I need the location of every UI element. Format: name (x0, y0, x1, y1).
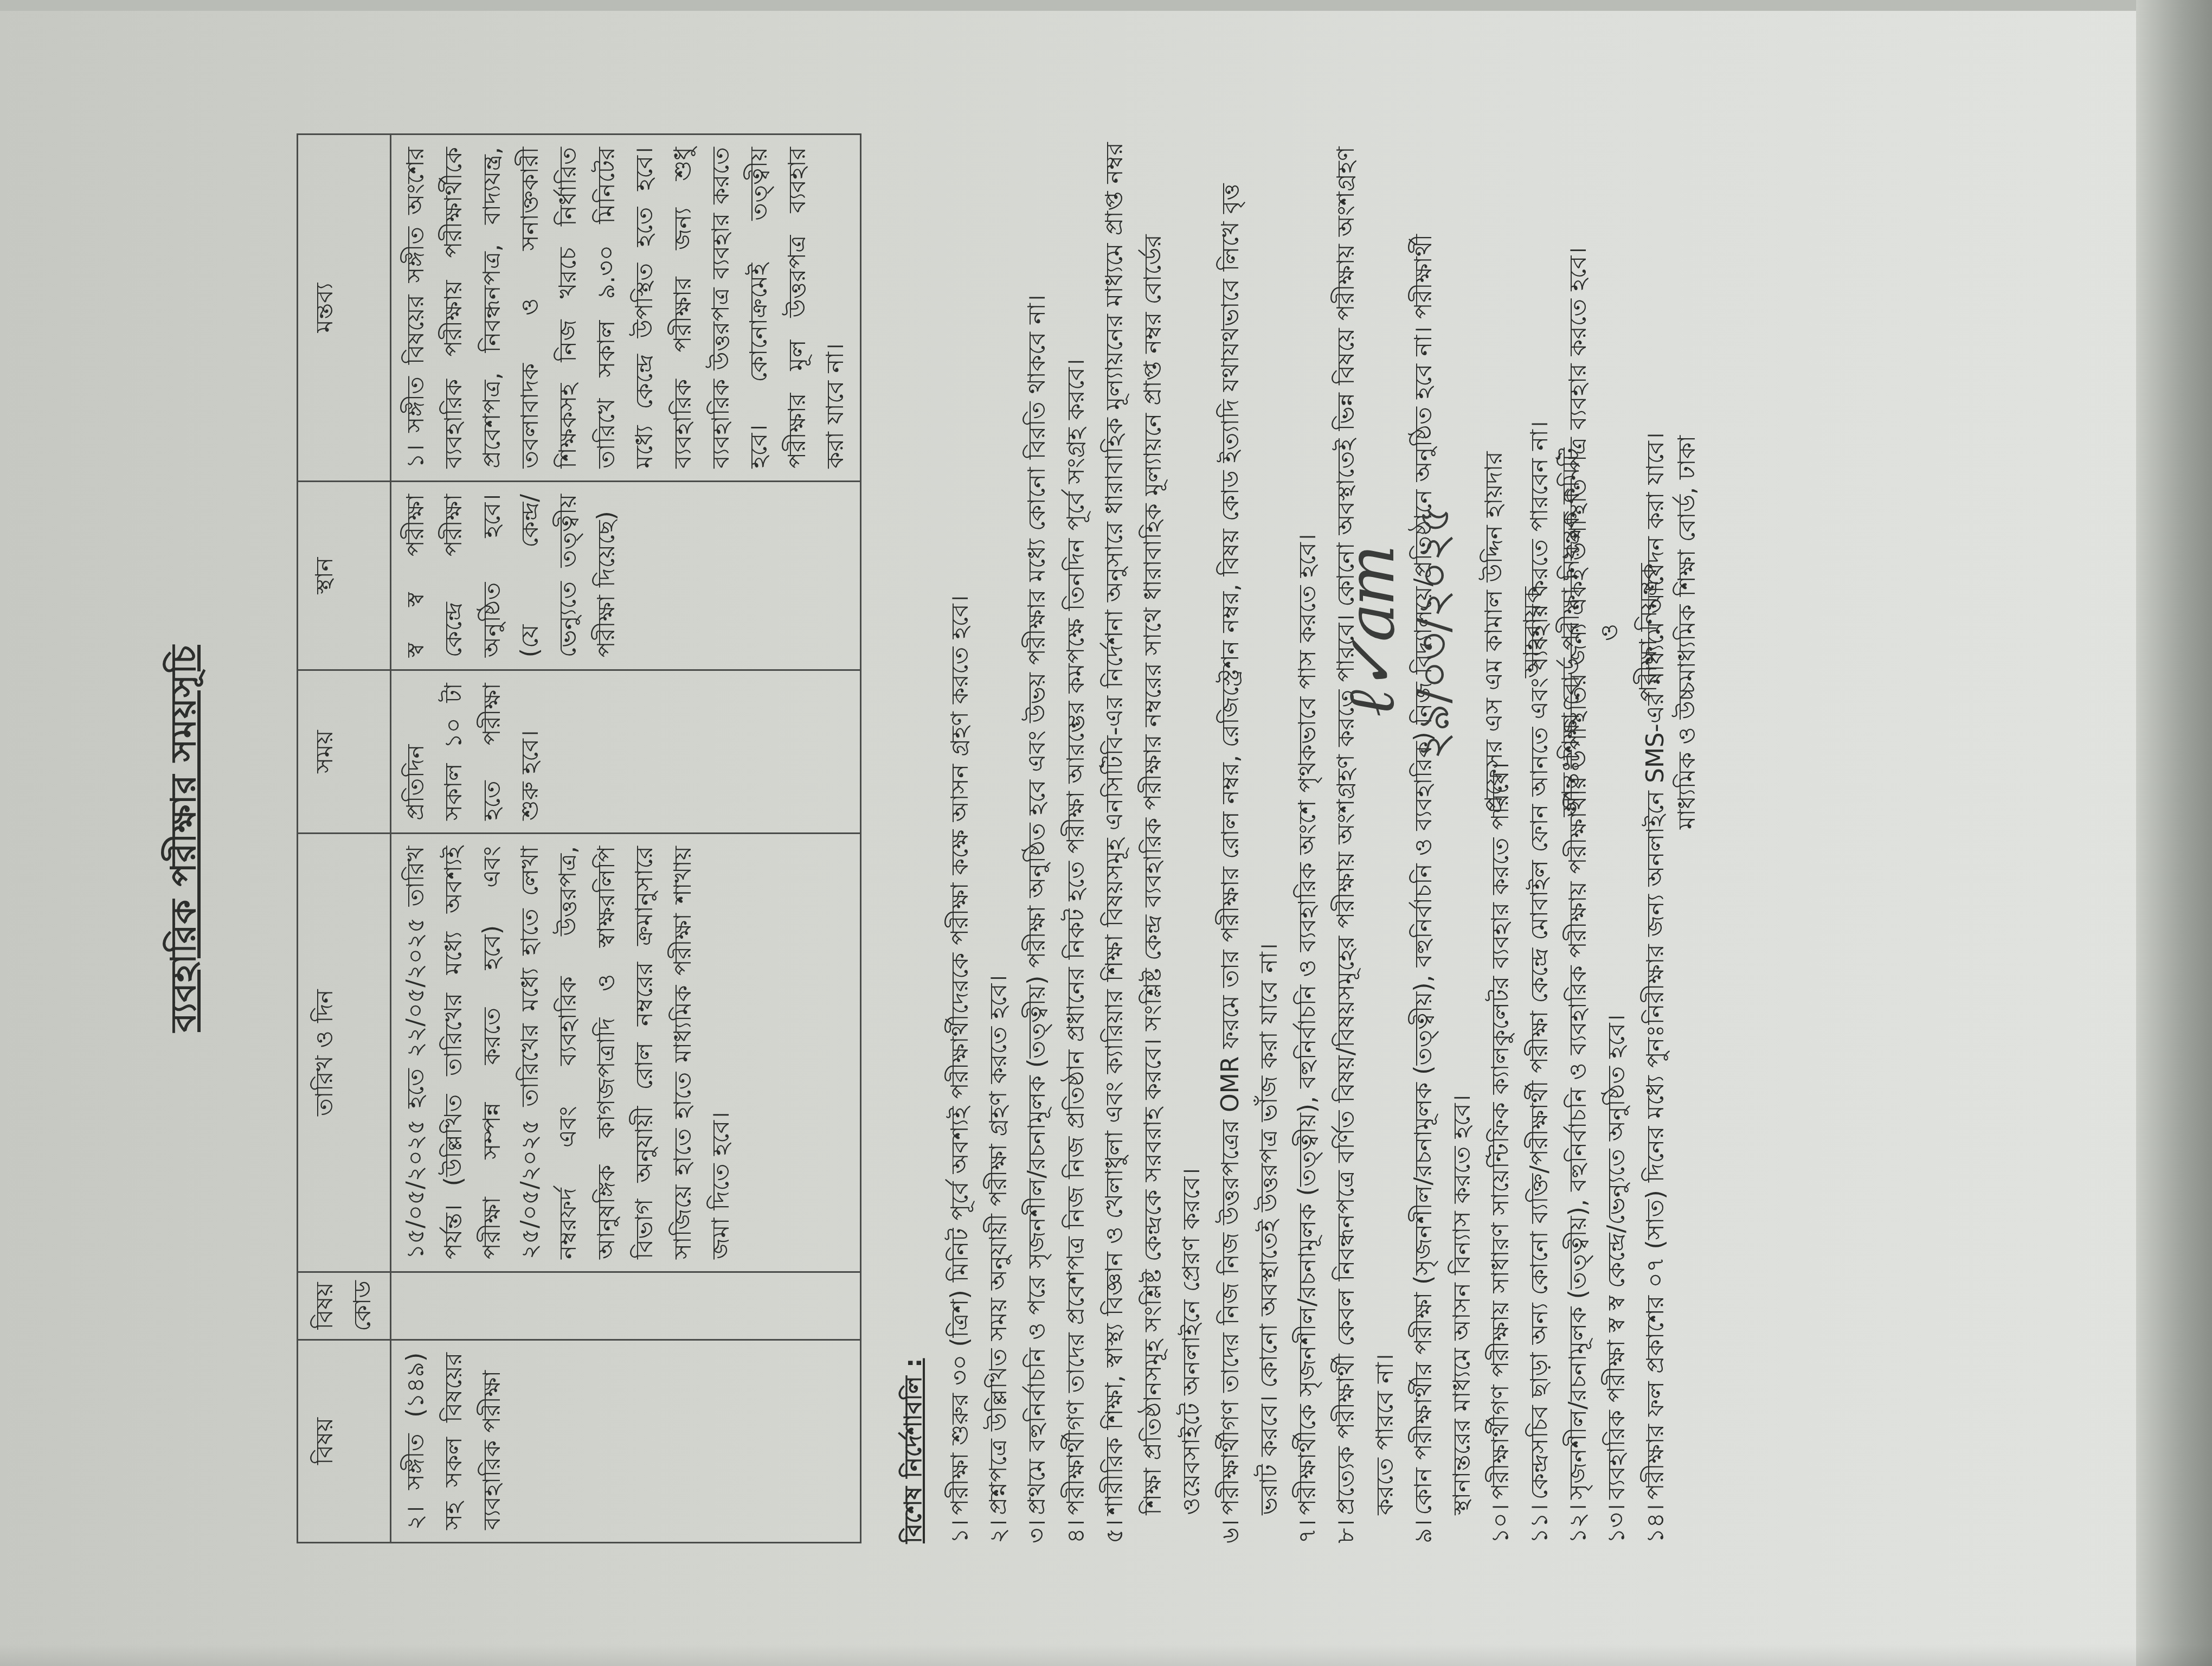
col-header-venue: স্থান (298, 481, 391, 670)
col-header-remarks: মন্তব্য (298, 134, 391, 482)
instruction-number: ৩। (1018, 1520, 1056, 1543)
instruction-number: ৪। (1057, 1520, 1095, 1543)
instruction-text: পরীক্ষা শুরুর ৩০ (ত্রিশ) মিনিট পূর্বে অব… (941, 133, 979, 1515)
col-header-subject: বিষয় (298, 1340, 391, 1542)
cell-remarks: ১। সঙ্গীত বিষয়ের সঙ্গীত অংশের ব্যবহারিক… (390, 134, 861, 482)
instruction-item: ৩।প্রথমে বহুনির্বাচনি ও পরে সৃজনশীল/রচনা… (1018, 133, 1056, 1543)
instruction-item: ৬।পরীক্ষার্থীগণ তাদের নিজ নিজ উত্তরপত্রে… (1211, 133, 1289, 1543)
handwritten-signature: ℓ✓am (1339, 280, 1404, 985)
instruction-number: ৫। (1095, 1520, 1211, 1543)
instruction-item: ২।প্রশ্নপত্রে উল্লিখিত সময় অনুযায়ী পরী… (979, 133, 1018, 1543)
instruction-text: পরীক্ষার্থীগণ তাদের প্রবেশপত্র নিজ নিজ প… (1057, 133, 1095, 1515)
col-header-date-day: তারিখ ও দিন (298, 833, 391, 1272)
instruction-number: ১৩। (1597, 1504, 1636, 1543)
signatory-name: প্রফেসর এস এম কামাল উদ্দিন হায়দার (1475, 280, 1513, 985)
instruction-number: ৭। (1288, 1520, 1327, 1543)
instruction-text: পরীক্ষার্থীকে সৃজনশীল/রচনামূলক (তত্ত্বীয… (1288, 133, 1327, 1515)
instruction-number: ১০। (1481, 1504, 1520, 1543)
background-stack-edge (2136, 0, 2212, 1666)
instruction-text: শারীরিক শিক্ষা, স্বাস্থ্য বিজ্ঞান ও খেলা… (1095, 133, 1211, 1515)
col-header-time: সময় (298, 670, 391, 834)
cell-date-day: ১৫/০৫/২০২৫ হতে ২২/০৫/২০২৫ তারিখ পর্যন্ত।… (390, 833, 861, 1272)
page-title: ব্যবহারিক পরীক্ষার সময়সূচি (157, 133, 215, 1543)
document-page: ব্যবহারিক পরীক্ষার সময়সূচি বিষয় বিষয় … (92, 52, 2098, 1625)
signatory-conjunction: ও (1590, 280, 1629, 985)
instruction-item: ৪।পরীক্ষার্থীগণ তাদের প্রবেশপত্র নিজ নিজ… (1057, 133, 1095, 1543)
signature-date: ২৯/০৩/২০২৫ (1399, 280, 1469, 985)
cell-time: প্রতিদিন সকাল ১০ টা হতে পরীক্ষা শুরু হবে… (390, 670, 861, 834)
cell-venue: স্ব স্ব পরীক্ষা কেন্দ্রে পরীক্ষা অনুষ্ঠি… (390, 481, 861, 670)
signature-block: ℓ✓am ২৯/০৩/২০২৫ প্রফেসর এস এম কামাল উদ্দ… (1339, 280, 1706, 985)
instruction-number: ৯। (1404, 1520, 1482, 1543)
instruction-number: ৮। (1327, 1520, 1404, 1543)
instruction-item: ৫।শারীরিক শিক্ষা, স্বাস্থ্য বিজ্ঞান ও খে… (1095, 133, 1211, 1543)
instruction-text: প্রশ্নপত্রে উল্লিখিত সময় অনুযায়ী পরীক্… (979, 133, 1018, 1515)
instruction-number: ১৪। (1636, 1504, 1675, 1543)
schedule-table: বিষয় বিষয় কোড তারিখ ও দিন সময় স্থান ম… (297, 133, 861, 1543)
cell-subject: ২। সঙ্গীত (১৪৯) সহ সকল বিষয়ের ব্যবহারিক… (390, 1340, 861, 1542)
instruction-number: ২। (979, 1520, 1018, 1543)
signatory-committee: আন্তঃশিক্ষা বোর্ড পরীক্ষা নিয়ন্ত্রক কমি… (1552, 280, 1590, 985)
instructions-heading: বিশেষ নির্দেশাবলি : (894, 133, 933, 1543)
table-row: ২। সঙ্গীত (১৪৯) সহ সকল বিষয়ের ব্যবহারিক… (390, 134, 861, 1543)
cell-subject-code (390, 1272, 861, 1340)
signatory-title-2: পরীক্ষা নিয়ন্ত্রক (1629, 280, 1668, 985)
paper-sheet: ব্যবহারিক পরীক্ষার সময়সূচি বিষয় বিষয় … (0, 11, 2190, 1666)
instruction-number: ১২। (1559, 1504, 1597, 1543)
instruction-item: ১।পরীক্ষা শুরুর ৩০ (ত্রিশ) মিনিট পূর্বে … (941, 133, 979, 1543)
signatory-title: আহবায়ক (1513, 280, 1552, 985)
table-header-row: বিষয় বিষয় কোড তারিখ ও দিন সময় স্থান ম… (298, 134, 391, 1543)
col-header-subject-code: বিষয় কোড (298, 1272, 391, 1340)
signatory-board: মাধ্যমিক ও উচ্চমাধ্যমিক শিক্ষা বোর্ড, ঢা… (1668, 280, 1706, 985)
instruction-text: প্রথমে বহুনির্বাচনি ও পরে সৃজনশীল/রচনামূ… (1018, 133, 1056, 1515)
instruction-item: ৭।পরীক্ষার্থীকে সৃজনশীল/রচনামূলক (তত্ত্ব… (1288, 133, 1327, 1543)
instruction-number: ১১। (1520, 1504, 1559, 1543)
photo-shadow (0, 1644, 2212, 1666)
instruction-text: পরীক্ষার্থীগণ তাদের নিজ নিজ উত্তরপত্রের … (1211, 133, 1289, 1515)
instruction-number: ১। (941, 1520, 979, 1543)
instruction-number: ৬। (1211, 1520, 1289, 1543)
